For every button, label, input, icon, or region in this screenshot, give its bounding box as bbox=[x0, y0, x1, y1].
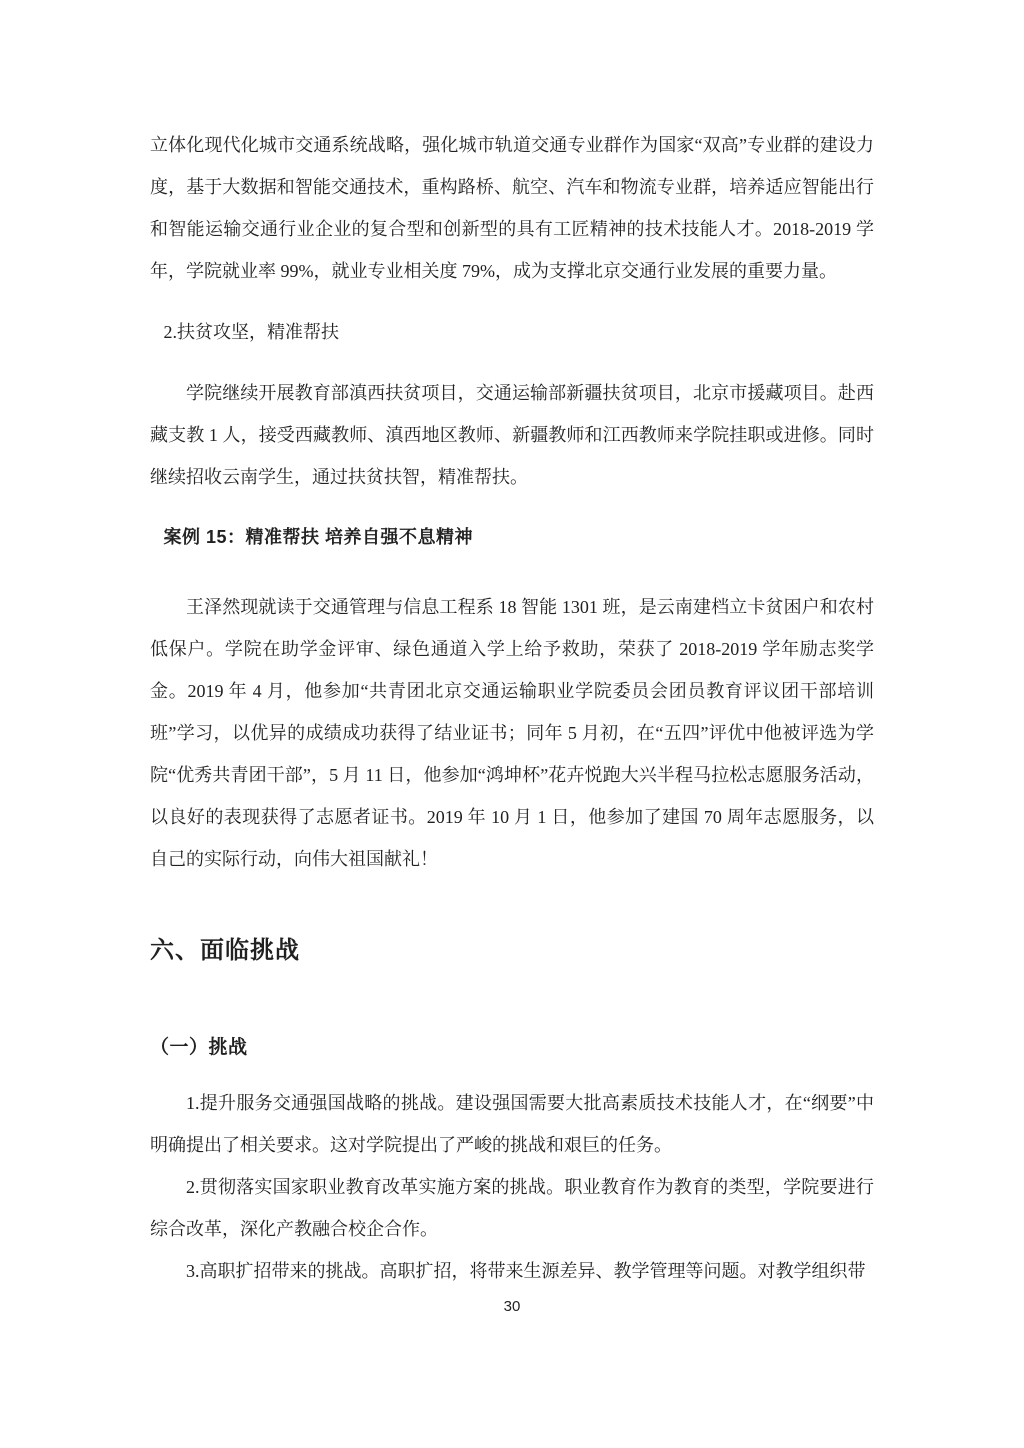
page-number: 30 bbox=[0, 1296, 1024, 1318]
heading-case-15: 案例 15：精准帮扶 培养自强不息精神 bbox=[150, 516, 874, 558]
paragraph-challenge-1: 1.提升服务交通强国战略的挑战。建设强国需要大批高素质技术技能人才，在“纲要”中… bbox=[150, 1082, 874, 1166]
paragraph-challenge-2: 2.贯彻落实国家职业教育改革实施方案的挑战。职业教育作为教育的类型，学院要进行综… bbox=[150, 1166, 874, 1250]
paragraph-challenge-3: 3.高职扩招带来的挑战。高职扩招，将带来生源差异、教学管理等问题。对教学组织带 bbox=[150, 1250, 874, 1292]
paragraph-transport-strategy: 立体化现代化城市交通系统战略，强化城市轨道交通专业群作为国家“双高”专业群的建设… bbox=[150, 124, 874, 292]
subsection-heading-challenge: （一）挑战 bbox=[150, 1027, 874, 1069]
paragraph-poverty-alleviation: 学院继续开展教育部滇西扶贫项目，交通运输部新疆扶贫项目，北京市援藏项目。赴西藏支… bbox=[150, 372, 874, 498]
paragraph-case-15-story: 王泽然现就读于交通管理与信息工程系 18 智能 1301 班，是云南建档立卡贫困… bbox=[150, 586, 874, 880]
document-page: 立体化现代化城市交通系统战略，强化城市轨道交通专业群作为国家“双高”专业群的建设… bbox=[0, 0, 1024, 1448]
section-heading-challenges: 六、面临挑战 bbox=[150, 930, 874, 972]
document-body: 立体化现代化城市交通系统战略，强化城市轨道交通专业群作为国家“双高”专业群的建设… bbox=[150, 124, 874, 1292]
heading-poverty-alleviation: 2.扶贫攻坚，精准帮扶 bbox=[150, 311, 874, 353]
